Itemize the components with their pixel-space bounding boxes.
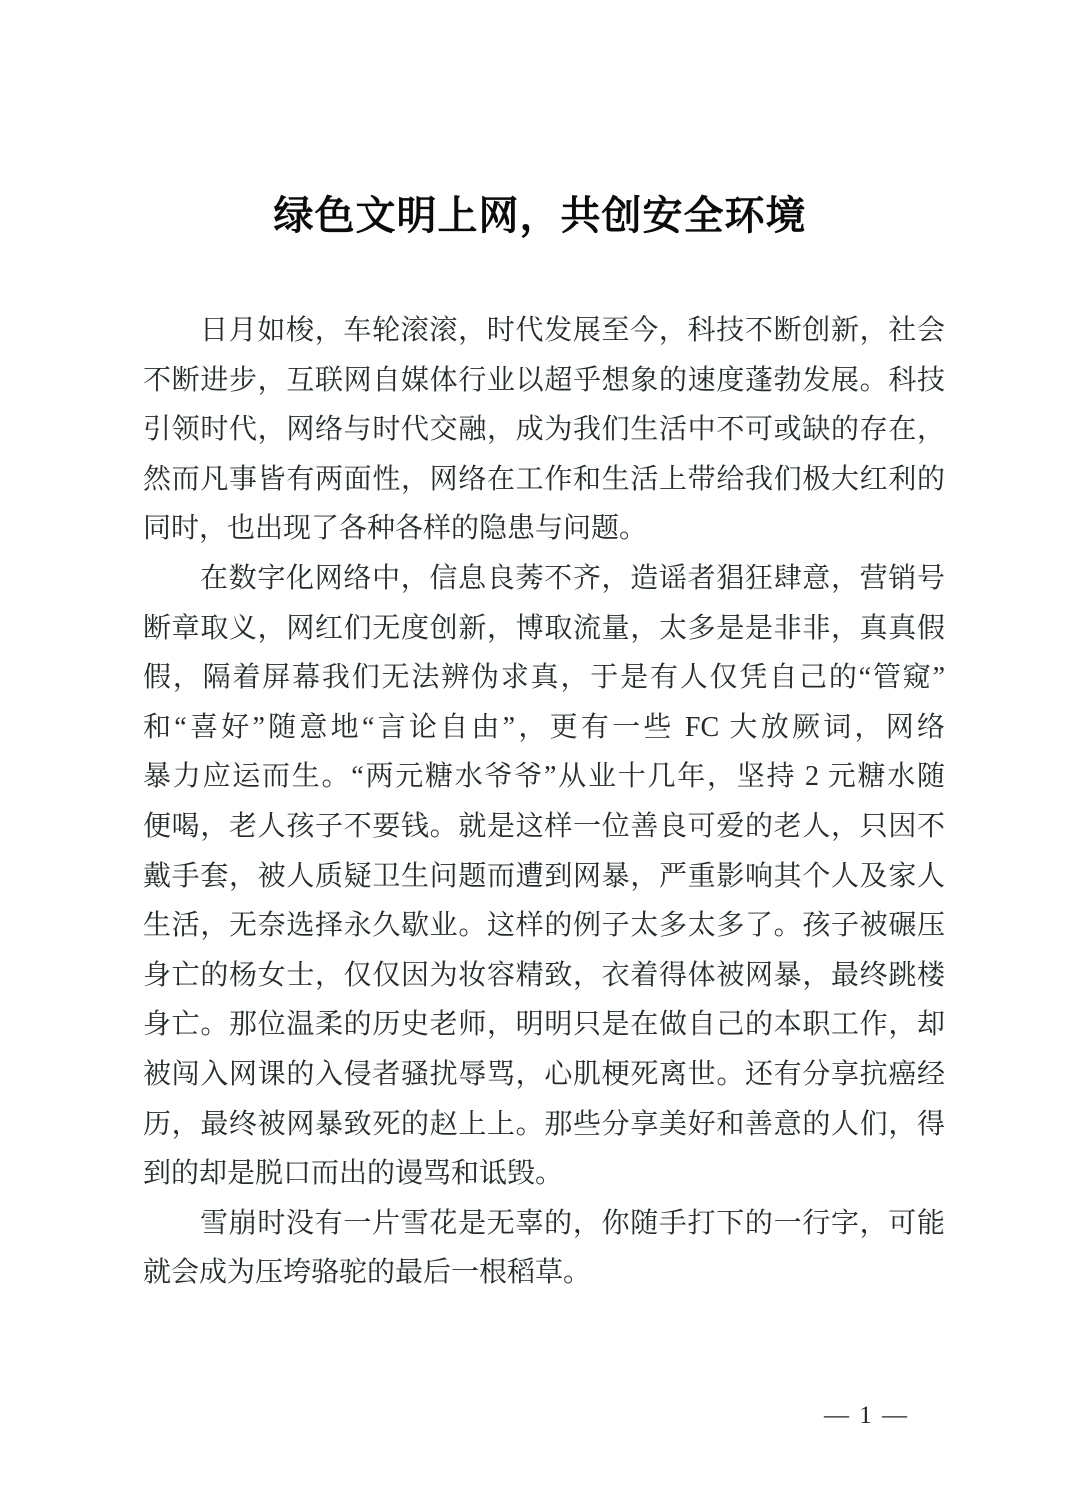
text-line: 到的却是脱口而出的谩骂和诋毁。 [143,1149,945,1199]
text-line: 便喝，老人孩子不要钱。就是这样一位善良可爱的老人，只因不 [143,802,945,852]
text-line: 雪崩时没有一片雪花是无辜的，你随手打下的一行字，可能 [143,1199,945,1249]
text-line: 同时，也出现了各种各样的隐患与问题。 [143,504,945,554]
document-page: 绿色文明上网，共创安全环境 日月如梭，车轮滚滚，时代发展至今，科技不断创新，社会… [0,0,1080,1498]
text-line: 然而凡事皆有两面性，网络在工作和生活上带给我们极大红利的 [143,455,945,505]
text-line: 生活，无奈选择永久歇业。这样的例子太多太多了。孩子被碾压 [143,901,945,951]
text-line: 日月如梭，车轮滚滚，时代发展至今，科技不断创新，社会 [143,306,945,356]
text-line: 身亡。那位温柔的历史老师，明明只是在做自己的本职工作，却 [143,1000,945,1050]
page-number: — 1 — [824,1396,909,1436]
text-line: 引领时代，网络与时代交融，成为我们生活中不可或缺的存在， [143,405,945,455]
text-line: 戴手套，被人质疑卫生问题而遭到网暴，严重影响其个人及家人 [143,852,945,902]
document-body: 日月如梭，车轮滚滚，时代发展至今，科技不断创新，社会 不断进步，互联网自媒体行业… [143,306,945,1298]
text-line: 和“喜好”随意地“言论自由”，更有一些 FC 大放厥词，网络 [143,703,945,753]
text-line: 被闯入网课的入侵者骚扰辱骂，心肌梗死离世。还有分享抗癌经 [143,1050,945,1100]
text-line: 断章取义，网红们无度创新，博取流量，太多是是非非，真真假 [143,604,945,654]
text-line: 历，最终被网暴致死的赵上上。那些分享美好和善意的人们，得 [143,1100,945,1150]
text-line: 就会成为压垮骆驼的最后一根稻草。 [143,1248,945,1298]
text-line: 不断进步，互联网自媒体行业以超乎想象的速度蓬勃发展。科技 [143,356,945,406]
text-line: 在数字化网络中，信息良莠不齐，造谣者猖狂肆意，营销号 [143,554,945,604]
text-line: 身亡的杨女士，仅仅因为妆容精致，衣着得体被网暴，最终跳楼 [143,951,945,1001]
page-title: 绿色文明上网，共创安全环境 [0,184,1080,248]
text-line: 暴力应运而生。“两元糖水爷爷”从业十几年，坚持 2 元糖水随 [143,752,945,802]
text-line: 假，隔着屏幕我们无法辨伪求真，于是有人仅凭自己的“管窥” [143,653,945,703]
